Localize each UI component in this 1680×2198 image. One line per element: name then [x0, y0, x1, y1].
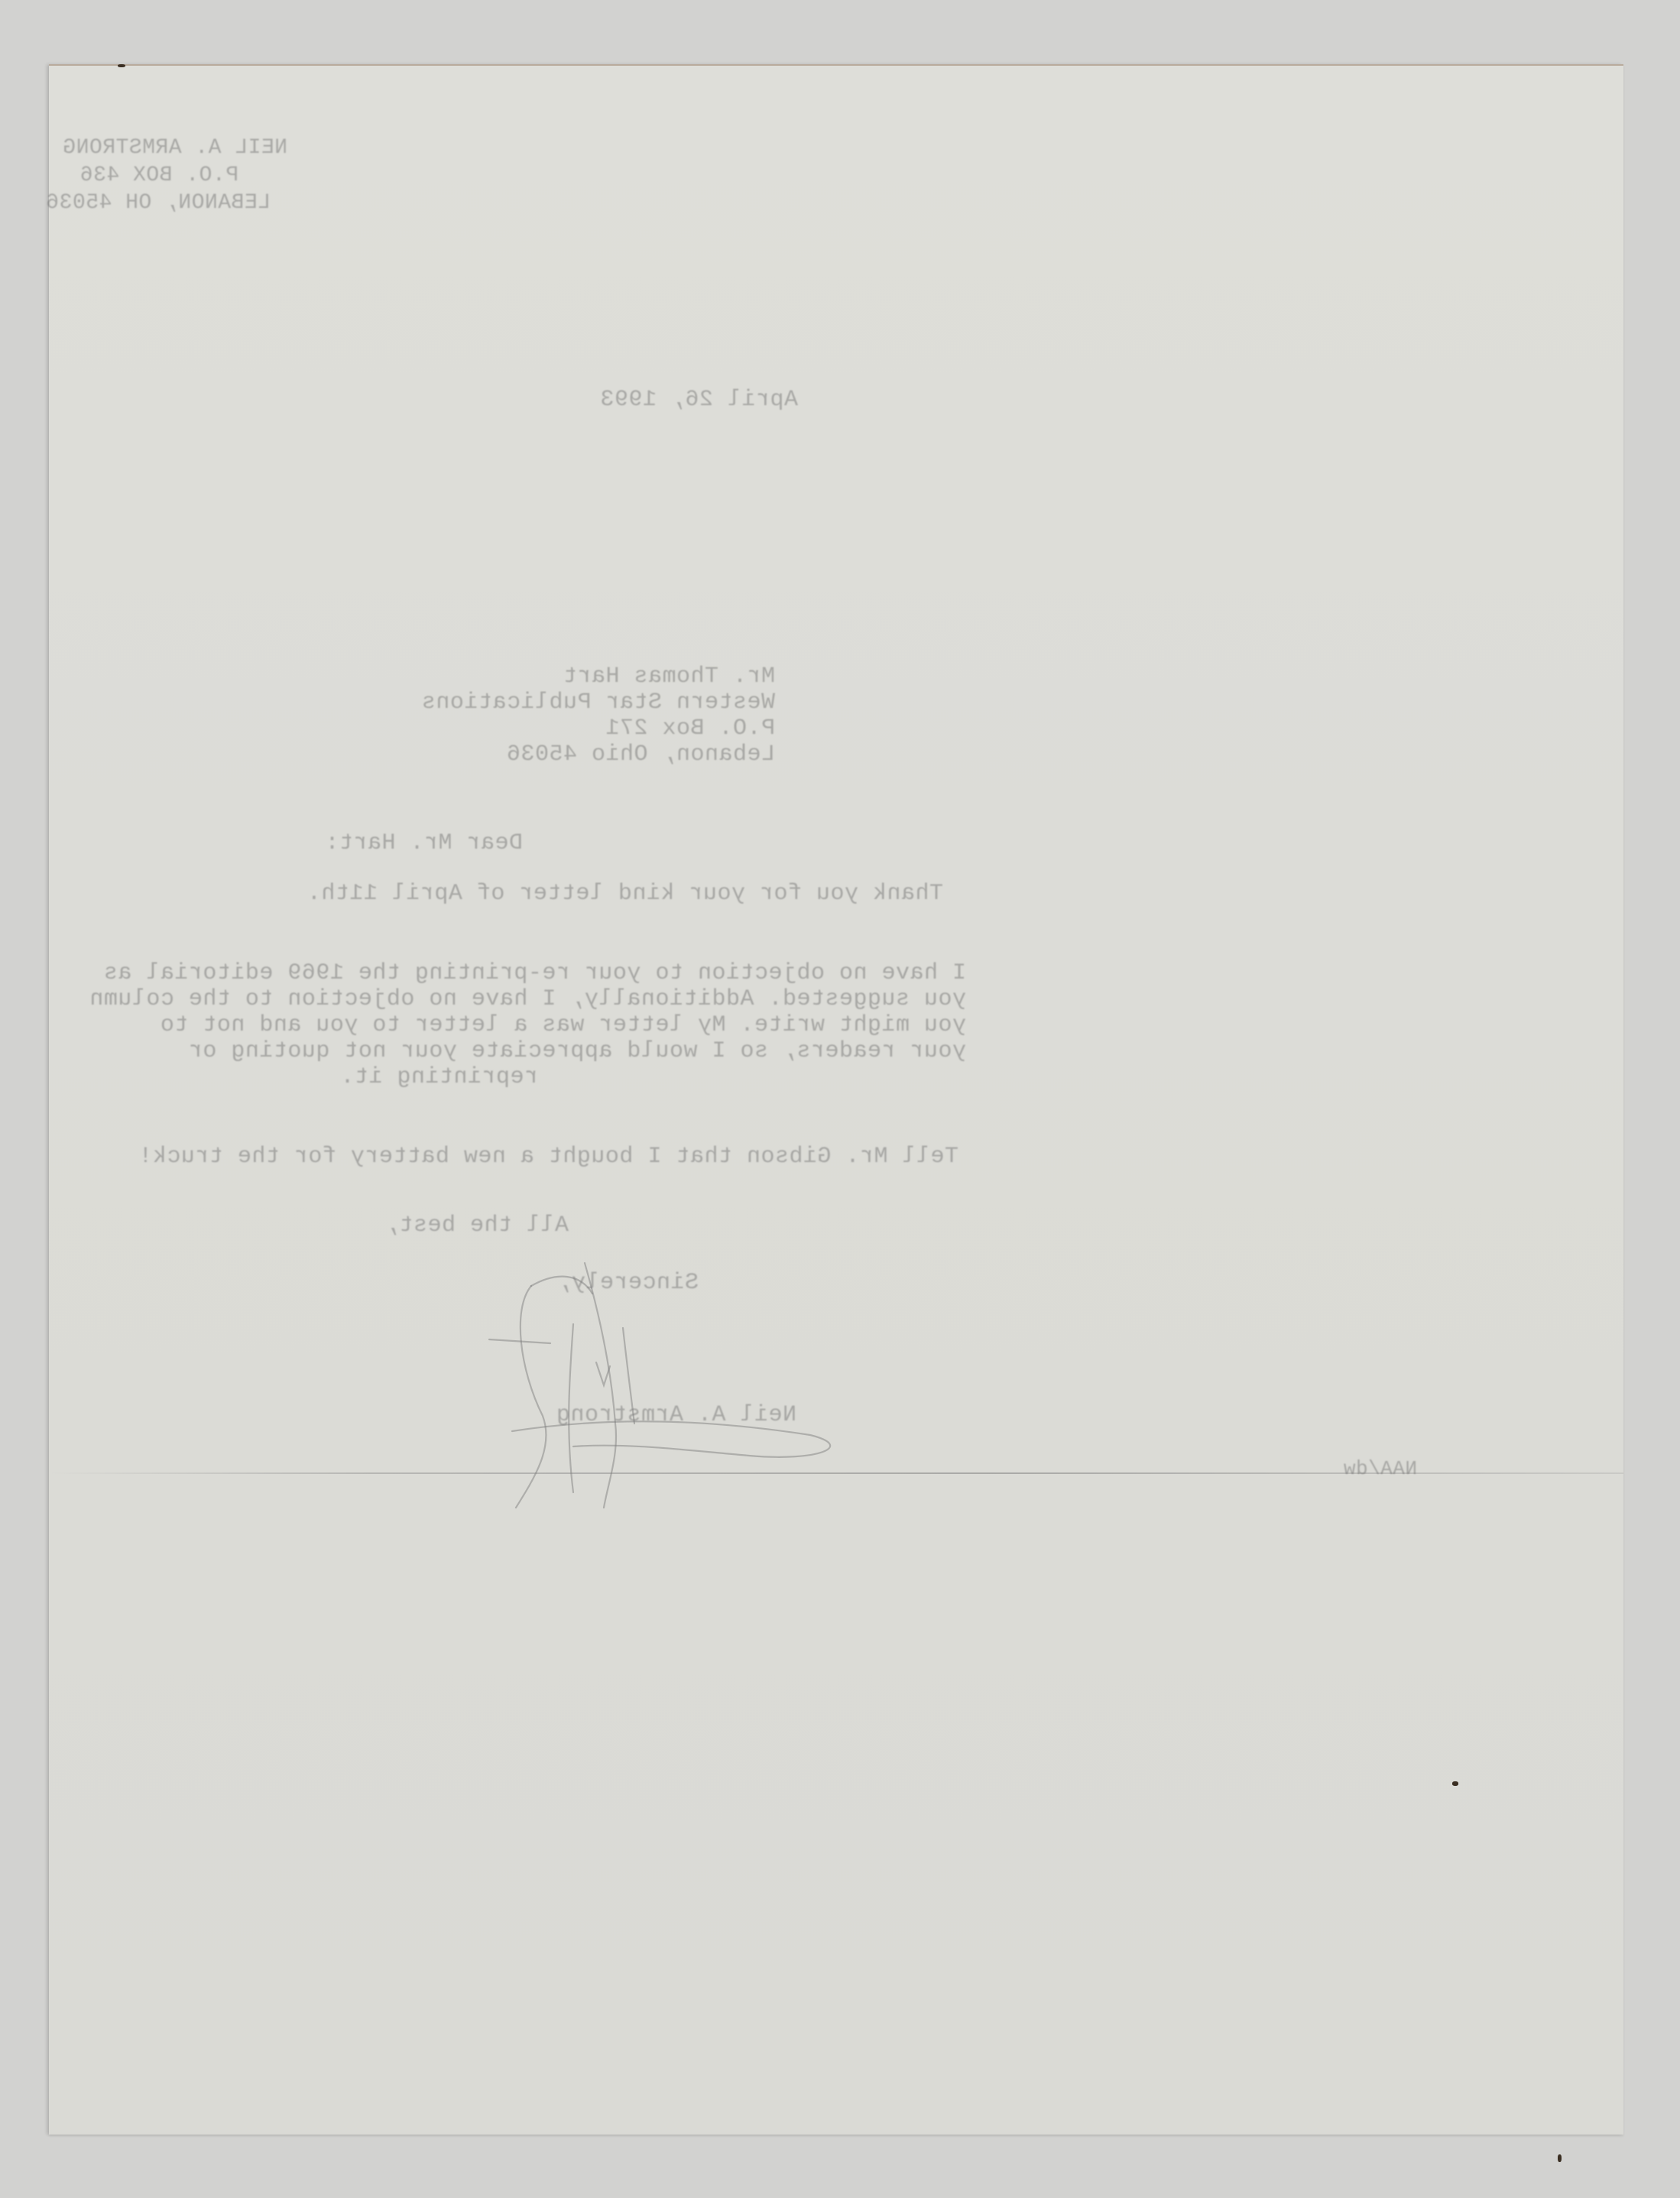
salutation: Dear Mr. Hart:	[325, 830, 523, 856]
letterhead-box: P.O. BOX 436	[79, 164, 238, 187]
body-line-7: Tell Mr. Gibson that I bought a new batt…	[138, 1144, 958, 1170]
signature-show-through-icon	[459, 1255, 932, 1515]
show-through-text: NEIL A. ARMSTRONG P.O. BOX 436 LEBANON, …	[49, 66, 1623, 2135]
letter-paper-reverse: NEIL A. ARMSTRONG P.O. BOX 436 LEBANON, …	[49, 64, 1623, 2135]
paper-speck	[118, 64, 125, 67]
body-line-1: Thank you for your kind letter of April …	[306, 881, 943, 907]
body-line-2: I have no objection to your re-printing …	[103, 960, 966, 986]
body-line-4: you might write. My letter was a letter …	[160, 1012, 966, 1038]
recipient-line-1: Mr. Thomas Hart	[563, 664, 775, 690]
letterhead-name: NEIL A. ARMSTRONG	[63, 136, 287, 160]
recipient-line-4: Lebanon, Ohio 45036	[506, 742, 775, 768]
body-line-3: you suggested. Additionally, I have no o…	[89, 986, 966, 1012]
body-line-6: reprinting it.	[340, 1064, 538, 1090]
background-speck	[1558, 2154, 1562, 2162]
body-line-8: All the best,	[384, 1213, 569, 1239]
recipient-line-2: Western Star Publications	[421, 690, 775, 716]
paper-speck	[1452, 1781, 1458, 1786]
letterhead-city: LEBANON, OH 45036	[46, 191, 271, 215]
body-line-5: your readers, so I would appreciate your…	[188, 1038, 966, 1064]
letter-date: April 26, 1993	[600, 387, 798, 413]
recipient-line-3: P.O. Box 271	[605, 716, 775, 742]
reference-initials: NAA/dw	[1343, 1457, 1417, 1480]
